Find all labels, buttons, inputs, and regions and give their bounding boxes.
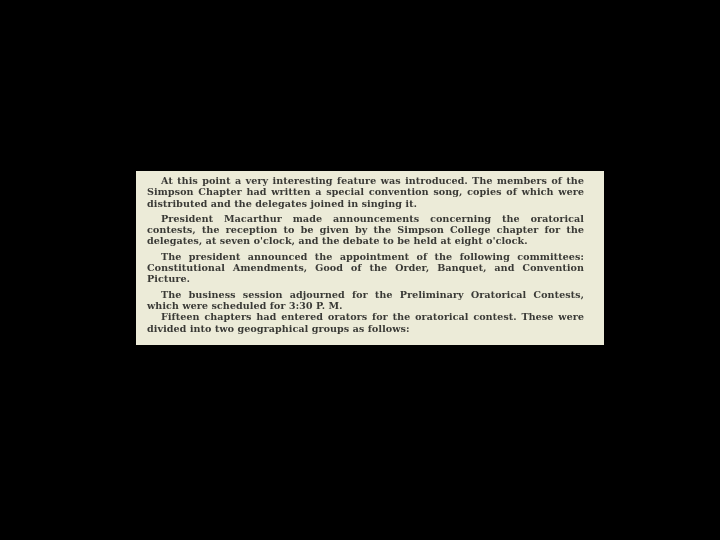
- paragraph-committees: The president announced the appointment …: [147, 252, 584, 286]
- document-scan: At this point a very interesting feature…: [136, 171, 604, 345]
- paragraph-announcements: President Macarthur made announcements c…: [147, 214, 584, 248]
- paragraph-song: At this point a very interesting feature…: [147, 176, 584, 210]
- paragraph-adjournment: The business session adjourned for the P…: [147, 290, 584, 313]
- paragraph-orators: Fifteen chapters had entered orators for…: [147, 312, 584, 335]
